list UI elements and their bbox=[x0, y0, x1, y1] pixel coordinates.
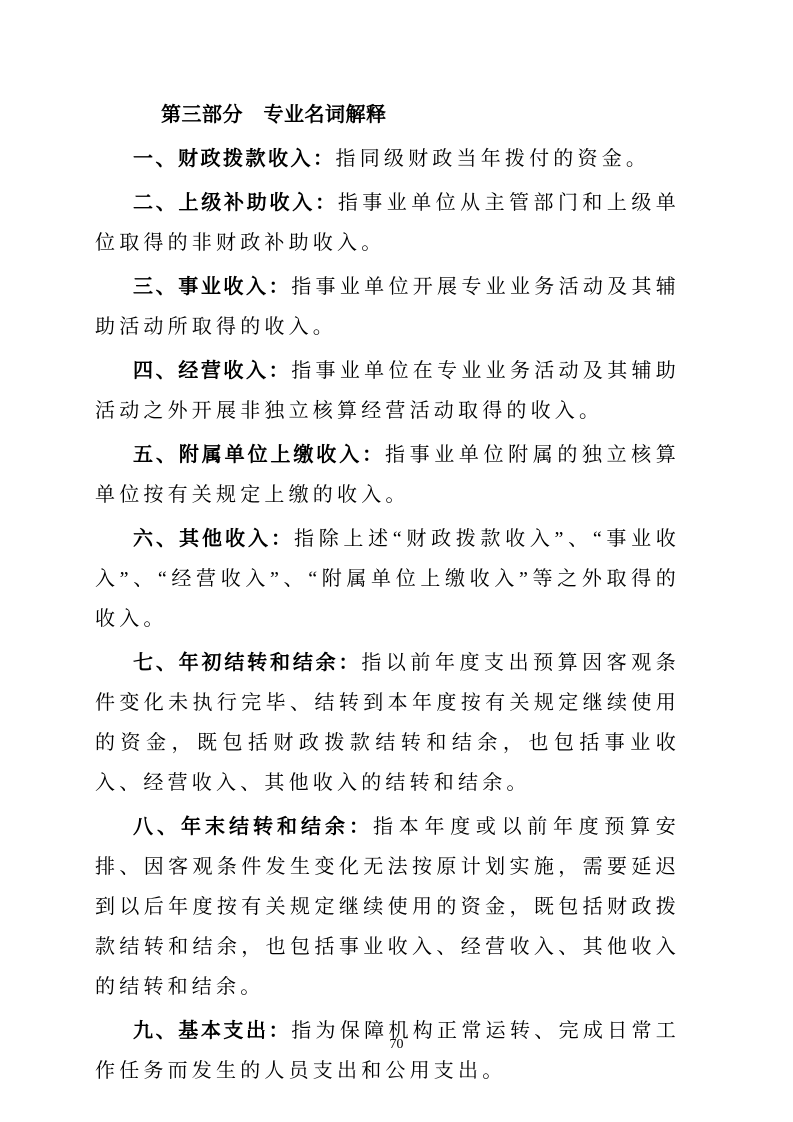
term-paragraph: 八、年末结转和结余：指本年度或以前年度预算安排、因客观条件发生变化无法按原计划实… bbox=[95, 807, 680, 1007]
term-lead: 五、附属单位上缴收入： bbox=[133, 444, 385, 466]
term-lead: 三、事业收入： bbox=[133, 276, 291, 298]
section-title: 第三部分 专业名词解释 bbox=[161, 95, 680, 135]
term-lead: 四、经营收入： bbox=[133, 360, 291, 382]
term-lead: 二、上级补助收入： bbox=[133, 192, 338, 214]
term-paragraph: 一、财政拨款收入：指同级财政当年拨付的资金。 bbox=[95, 139, 680, 179]
term-lead: 八、年末结转和结余： bbox=[133, 816, 373, 838]
term-paragraph: 四、经营收入：指事业单位在专业业务活动及其辅助活动之外开展非独立核算经营活动取得… bbox=[95, 351, 680, 431]
term-paragraph: 二、上级补助收入：指事业单位从主管部门和上级单位取得的非财政补助收入。 bbox=[95, 183, 680, 263]
term-lead: 一、财政拨款收入： bbox=[133, 148, 336, 170]
term-paragraph: 五、附属单位上缴收入：指事业单位附属的独立核算单位按有关规定上缴的收入。 bbox=[95, 435, 680, 515]
term-lead: 六、其他收入： bbox=[133, 528, 294, 550]
page-number: 70 bbox=[0, 1036, 793, 1054]
term-definition: 指本年度或以前年度预算安排、因客观条件发生变化无法按原计划实施，需要延迟到以后年… bbox=[95, 816, 680, 998]
document-page: 第三部分 专业名词解释 一、财政拨款收入：指同级财政当年拨付的资金。 二、上级补… bbox=[0, 0, 793, 1122]
term-lead: 七、年初结转和结余： bbox=[133, 652, 361, 674]
page-content: 第三部分 专业名词解释 一、财政拨款收入：指同级财政当年拨付的资金。 二、上级补… bbox=[95, 95, 680, 1095]
term-paragraph: 三、事业收入：指事业单位开展专业业务活动及其辅助活动所取得的收入。 bbox=[95, 267, 680, 347]
term-paragraph: 七、年初结转和结余：指以前年度支出预算因客观条件变化未执行完毕、结转到本年度按有… bbox=[95, 643, 680, 803]
term-definition: 指同级财政当年拨付的资金。 bbox=[336, 148, 651, 170]
term-paragraph: 六、其他收入：指除上述“财政拨款收入”、“事业收入”、“经营收入”、“附属单位上… bbox=[95, 519, 680, 639]
